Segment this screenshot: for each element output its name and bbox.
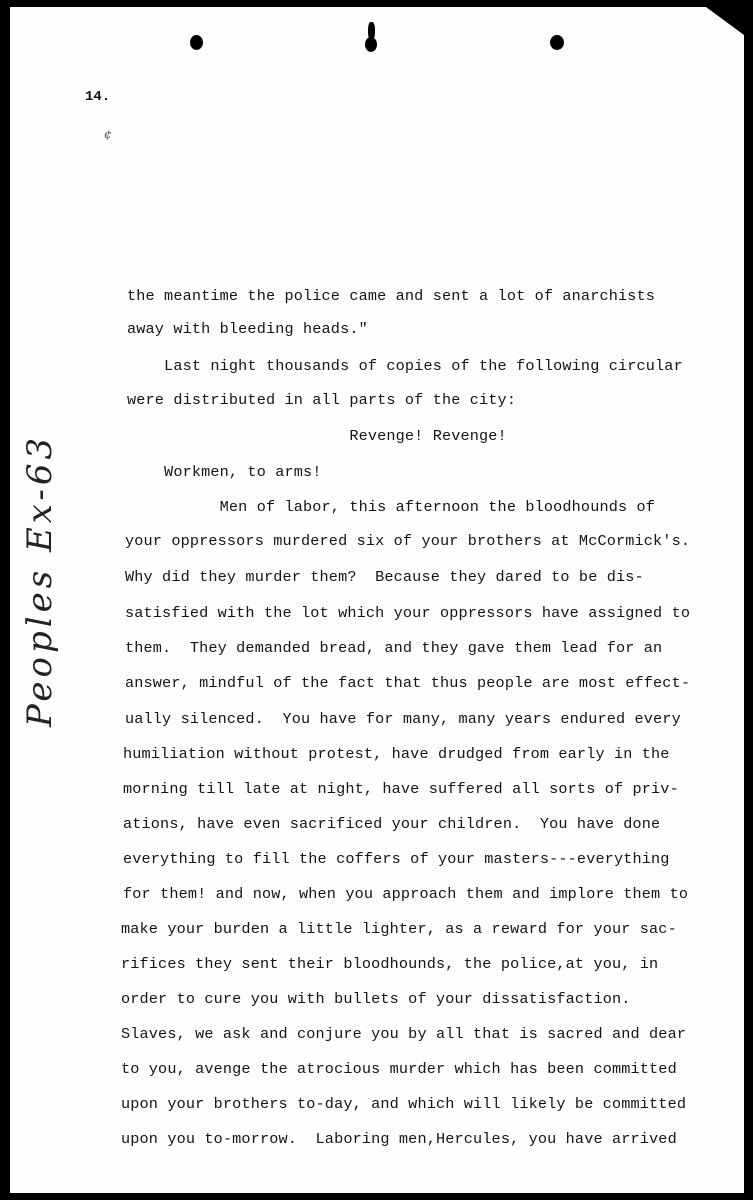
text-line: everything to fill the coffers of your m… <box>123 850 670 868</box>
margin-annotation: Peoples Ex-63 <box>20 434 60 727</box>
text-line: the meantime the police came and sent a … <box>127 287 655 305</box>
text-line: your oppressors murdered six of your bro… <box>125 532 690 550</box>
text-line: answer, mindful of the fact that thus pe… <box>125 674 690 692</box>
punch-hole-center-tail <box>368 22 375 40</box>
page-number: 14. <box>85 89 110 105</box>
text-line: Why did they murder them? Because they d… <box>125 568 644 586</box>
text-line: order to cure you with bullets of your d… <box>121 990 631 1008</box>
text-line: ually silenced. You have for many, many … <box>125 710 681 728</box>
text-line: satisfied with the lot which your oppres… <box>125 604 690 622</box>
text-line: Men of labor, this afternoon the bloodho… <box>127 498 655 516</box>
text-line: rifices they sent their bloodhounds, the… <box>121 955 658 973</box>
text-line: them. They demanded bread, and they gave… <box>125 639 662 657</box>
text-line: upon you to-morrow. Laboring men,Hercule… <box>121 1130 677 1148</box>
text-line: Slaves, we ask and conjure you by all th… <box>121 1025 686 1043</box>
text-line: morning till late at night, have suffere… <box>123 780 679 798</box>
document-page: 14. ¢ Peoples Ex-63 the meantime the pol… <box>10 7 744 1193</box>
heading-revenge: Revenge! Revenge! <box>127 427 507 445</box>
text-line: to you, avenge the atrocious murder whic… <box>121 1060 677 1078</box>
text-line: upon your brothers to-day, and which wil… <box>121 1095 686 1113</box>
text-line: Workmen, to arms! <box>127 463 322 481</box>
text-line: ations, have even sacrificed your childr… <box>123 815 660 833</box>
text-line: make your burden a little lighter, as a … <box>121 920 677 938</box>
punch-hole-right <box>550 35 564 50</box>
punch-hole-left <box>190 35 203 50</box>
text-line: humiliation without protest, have drudge… <box>123 745 670 763</box>
stray-mark: ¢ <box>104 127 112 141</box>
text-line: for them! and now, when you approach the… <box>123 885 688 903</box>
text-line: Last night thousands of copies of the fo… <box>127 357 683 375</box>
text-line: away with bleeding heads." <box>127 320 368 338</box>
text-line: were distributed in all parts of the cit… <box>127 391 516 409</box>
